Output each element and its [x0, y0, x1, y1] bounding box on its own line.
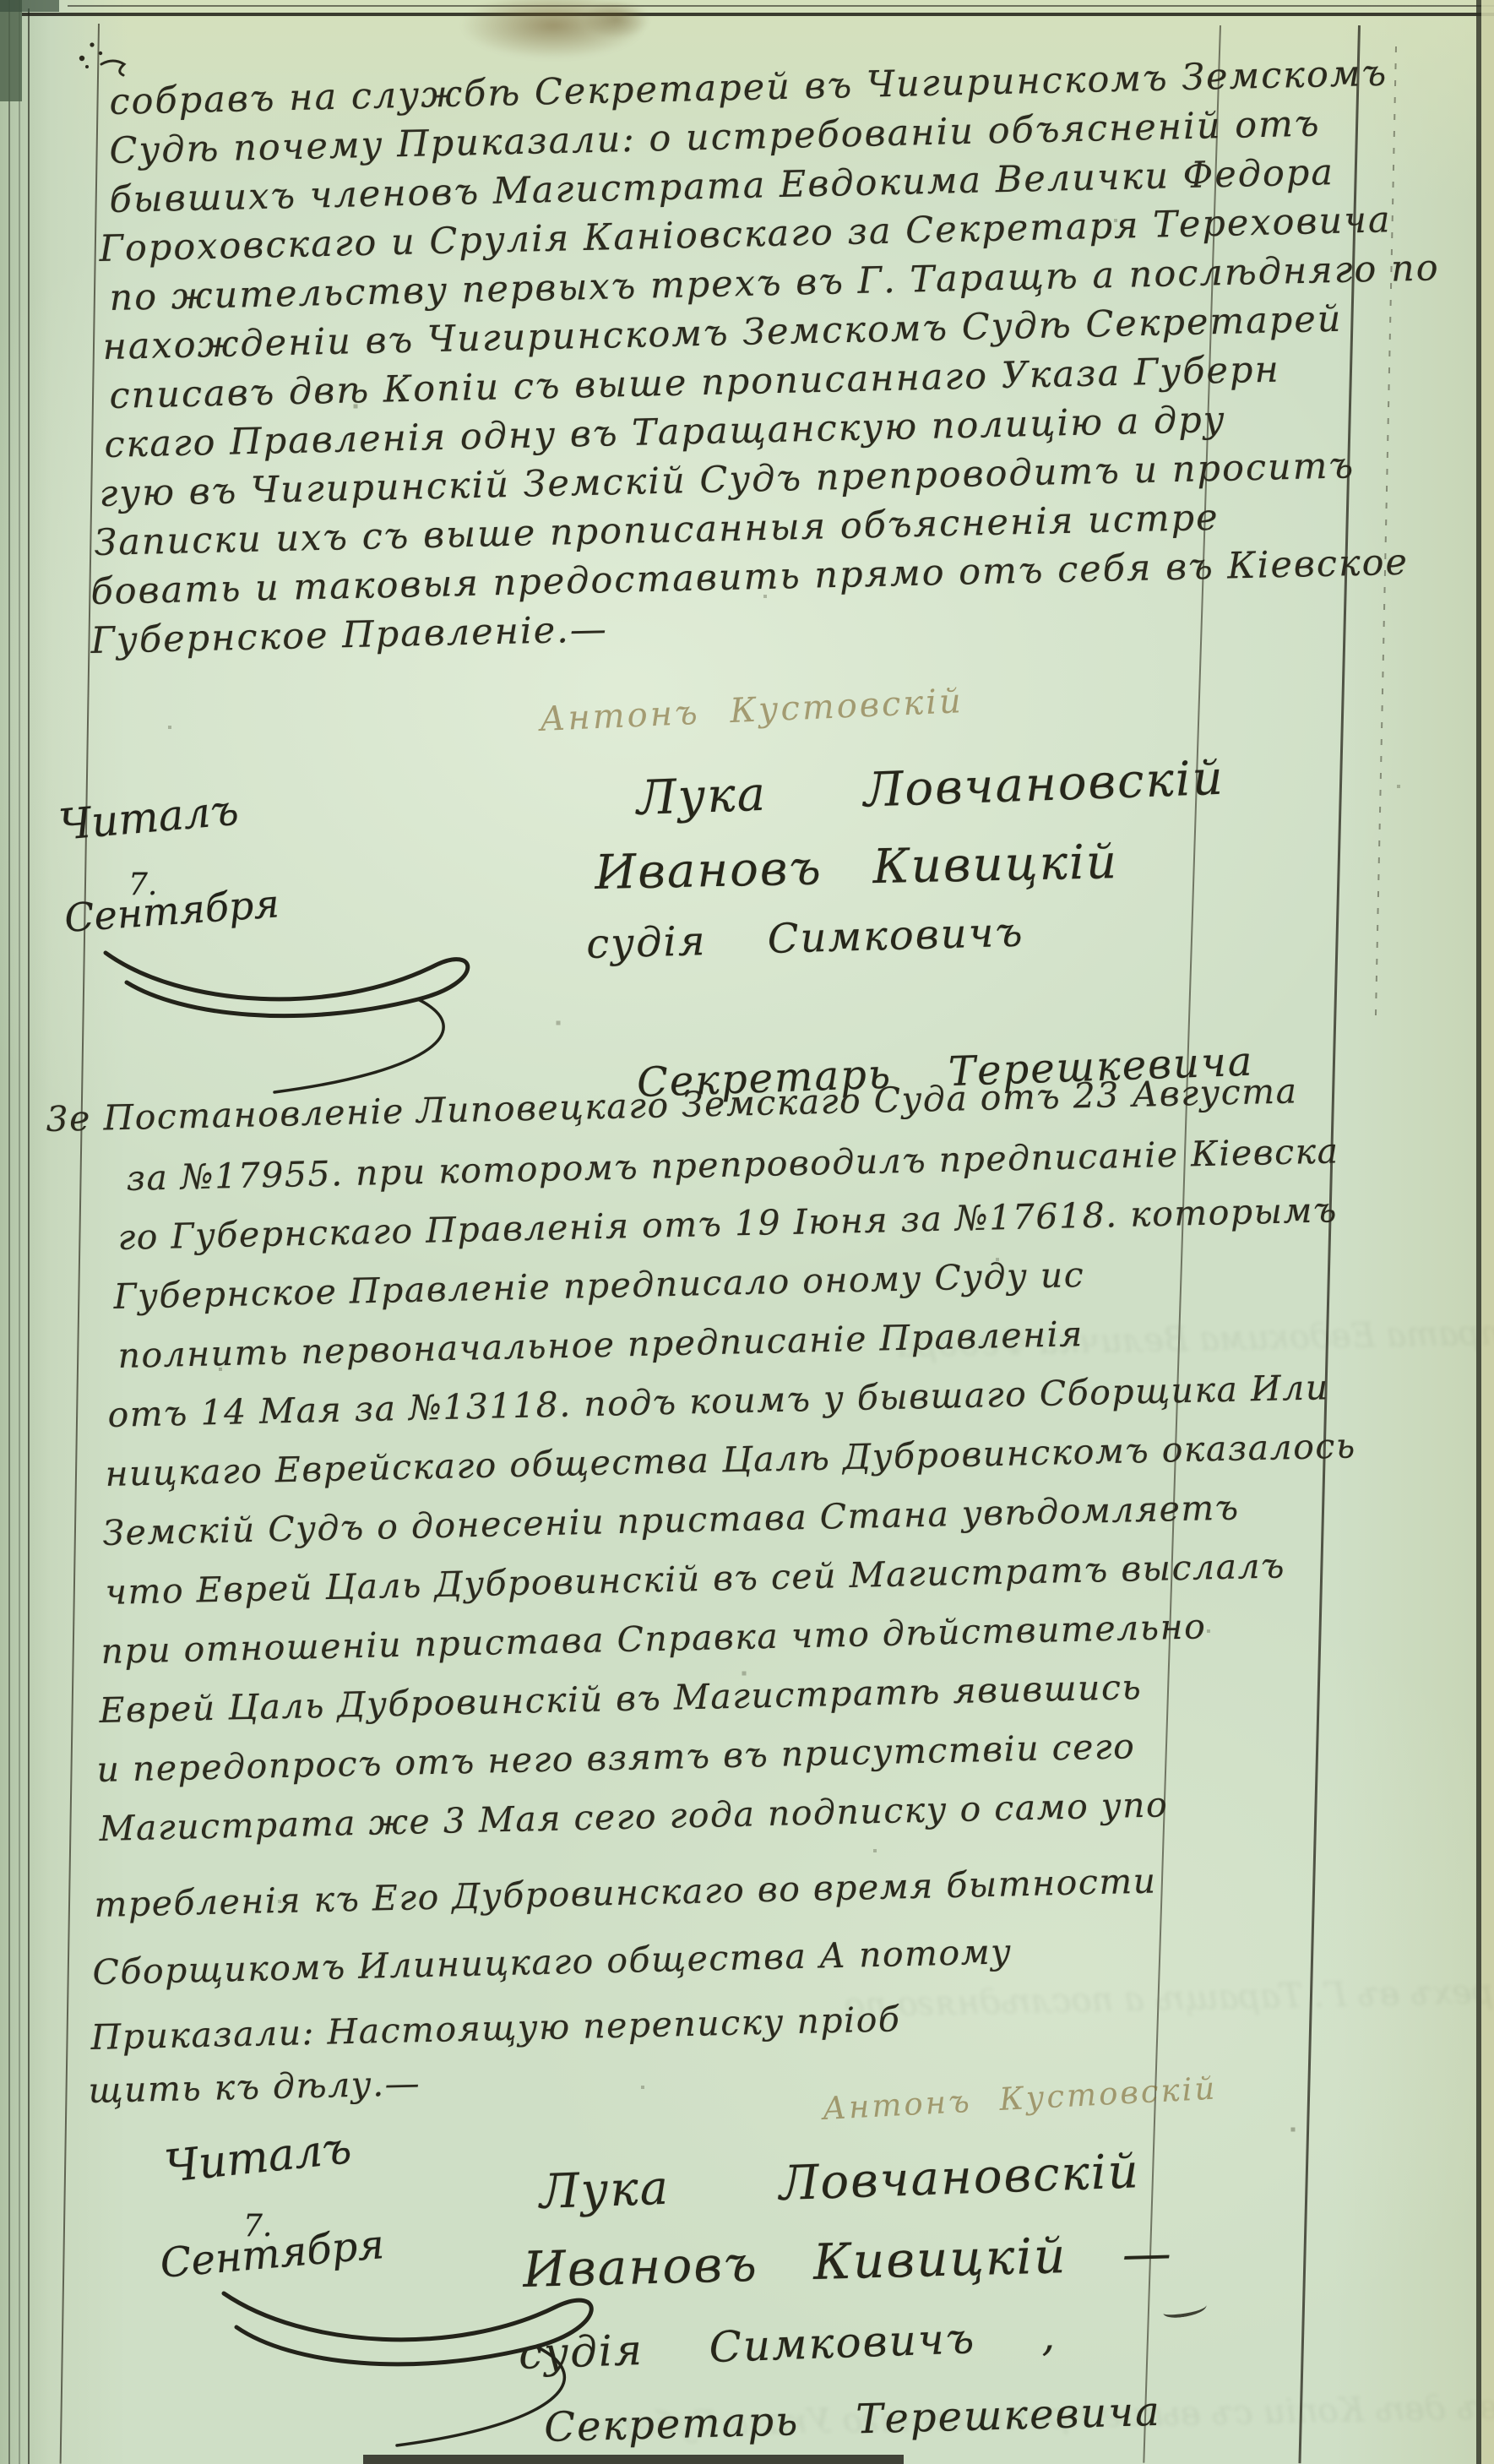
- marginal-note-read-bottom: Читалъ: [163, 2126, 354, 2189]
- signature-luka-top: Лука Ловчановскій: [636, 755, 1225, 823]
- signature-luka-bottom: Лука Ловчановскій: [539, 2148, 1141, 2217]
- left-page-edge-1: [8, 0, 10, 2464]
- signature-flourish-bottom: [194, 2281, 650, 2462]
- paragraph2-line-4: полнить первоначальное предписаніе Правл…: [117, 1317, 1084, 1373]
- paragraph2-line-12: Магистрата же 3 Мая сего года подписку о…: [99, 1787, 1169, 1847]
- paragraph2-line-5: отъ 14 Мая за №13118. подъ коимъ у бывша…: [107, 1370, 1329, 1433]
- left-page-edge-3: [28, 8, 30, 2464]
- signature-anton-faded-bottom: Антонъ Кустовскій: [822, 2073, 1218, 2124]
- paragraph2-line-6: ницкаго Еврейскаго общества Цалѣ Дуброви…: [105, 1428, 1356, 1492]
- signature-flourish-top: [80, 936, 553, 1113]
- paragraph2-line-3: Губернское Правленіе предписало оному Су…: [113, 1258, 1085, 1314]
- right-neighbor-page: [1481, 0, 1494, 2464]
- signature-ivanov-top: Ивановъ Кивицкій: [595, 839, 1119, 897]
- paragraph2-line-8: что Еврей Цаль Дубровинскій въ сей Магис…: [105, 1548, 1285, 1610]
- right-dotted-rule: [1375, 46, 1397, 1018]
- paragraph2-line-10: Еврей Цаль Дубровинскій въ Магистратѣ яв…: [99, 1670, 1143, 1728]
- marginal-note-month-top: Сентября: [63, 884, 280, 938]
- paragraph2-line-1: за №17955. при которомъ препроводилъ пре…: [126, 1134, 1339, 1196]
- signature-anton-faded-top: Антонъ Кустовскій: [539, 684, 964, 737]
- top-border-main: [22, 13, 1494, 16]
- ink-stain-top: [460, 0, 646, 59]
- paper-speckles: [0, 0, 2, 2]
- paragraph2-line-2: го Губернскаго Правленія отъ 19 Іюня за …: [117, 1193, 1338, 1255]
- paragraph2-line-11: и передопросъ отъ него взятъ въ присутст…: [96, 1729, 1136, 1787]
- paragraph2-line-14: Сборщикомъ Илиницкаго общества А потому: [92, 1934, 1013, 1990]
- marginal-note-month-bottom: Сентября: [159, 2224, 386, 2284]
- right-margin-rule-2: [1298, 25, 1361, 2463]
- manuscript-page: бывшихъ членовъ Магистрата Евдокима Вели…: [0, 0, 1494, 2464]
- paragraph1-line-11: Губернское Правленіе.—: [90, 612, 608, 660]
- left-page-edge-2: [19, 0, 20, 2464]
- signature-judge-top: судія Симковичъ: [586, 912, 1024, 965]
- marginal-note-read-top: Читалъ: [57, 789, 241, 846]
- paragraph2-line-7: Земскій Судъ о донесеніи пристава Стана …: [102, 1490, 1240, 1551]
- paragraph2-line-15: Приказали: Настоящую переписку пріоб: [90, 2002, 901, 2055]
- ink-blot: [74, 34, 133, 78]
- paragraph2-line-13: требленія къ Его Дубровинскаго во время …: [94, 1863, 1157, 1923]
- margin-dash-mark: [1162, 2299, 1208, 2320]
- paragraph2-line-9: при отношеніи пристава Справка что дѣйст…: [101, 1609, 1207, 1669]
- top-border-thin: [68, 5, 1494, 7]
- paragraph2-line-16: щить къ дѣлу.—: [88, 2066, 421, 2108]
